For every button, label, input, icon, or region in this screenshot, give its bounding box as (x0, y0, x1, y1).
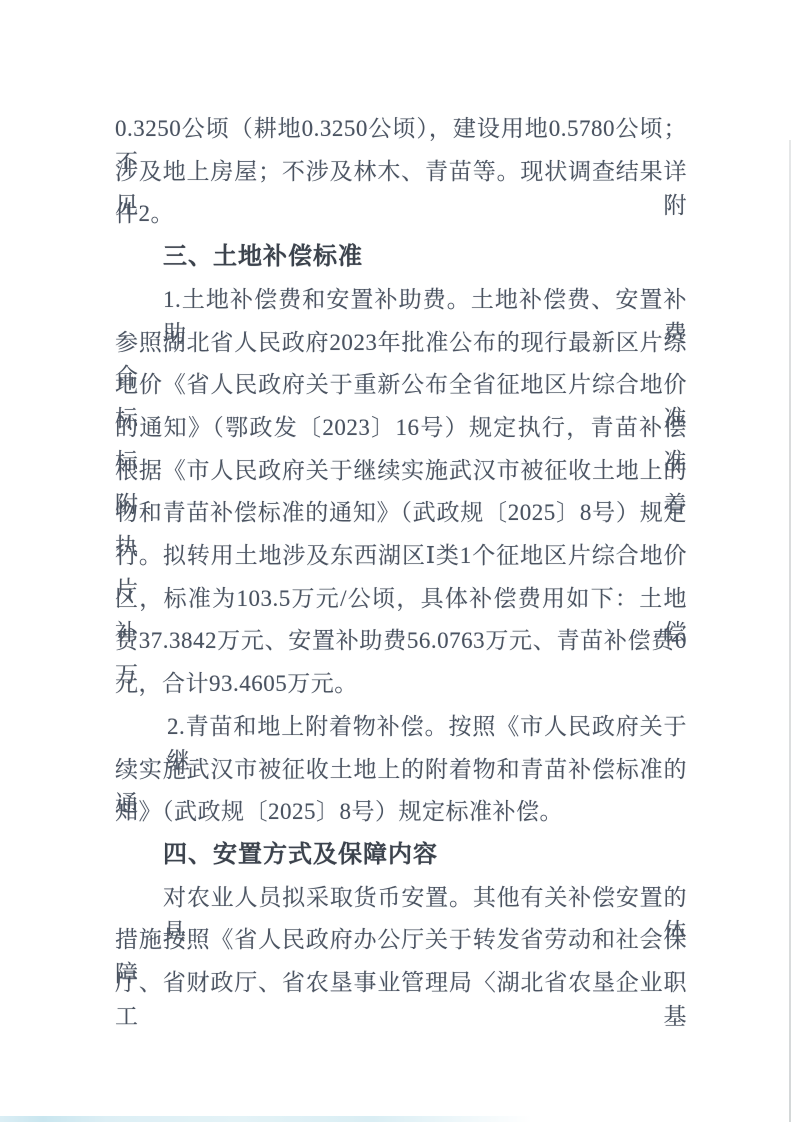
text-line: 续实施武汉市被征收土地上的附着物和青苗补偿标准的通 (115, 753, 687, 795)
text-line: 0.3250公顷（耕地0.3250公顷），建设用地0.5780公顷；不 (115, 112, 687, 154)
text-line: 2.青苗和地上附着物补偿。按照《市人民政府关于继 (167, 710, 687, 752)
text-line: 1.土地补偿费和安置补助费。土地补偿费、安置补助费 (163, 283, 687, 325)
section-heading: 三、土地补偿标准 (163, 240, 687, 282)
text-line: 区，标准为103.5万元/公顷，具体补偿费用如下：土地补偿 (115, 582, 687, 624)
text-line: 物和青苗补偿标准的通知》（武政规〔2025〕8号）规定执 (115, 496, 687, 538)
text-line: 厅、省财政厅、省农垦事业管理局〈湖北省农垦企业职工基 (115, 966, 687, 1008)
text-line: 地价《省人民政府关于重新公布全省征地区片综合地价标准 (115, 368, 687, 410)
document-text-layer: 0.3250公顷（耕地0.3250公顷），建设用地0.5780公顷；不涉及地上房… (0, 0, 794, 1122)
text-line: 措施按照《省人民政府办公厅关于转发省劳动和社会保障 (115, 923, 687, 965)
text-line: 涉及地上房屋；不涉及林木、青苗等。现状调查结果详见附 (115, 155, 687, 197)
text-line: 根据《市人民政府关于继续实施武汉市被征收土地上的附着 (115, 454, 687, 496)
document-page: 0.3250公顷（耕地0.3250公顷），建设用地0.5780公顷；不涉及地上房… (0, 0, 794, 1122)
text-line: 参照湖北省人民政府2023年批准公布的现行最新区片综合 (115, 326, 687, 368)
text-line: 的通知》（鄂政发〔2023〕16号）规定执行，青苗补偿标准 (115, 411, 687, 453)
section-heading: 四、安置方式及保障内容 (163, 838, 687, 880)
text-line: 元，合计93.4605万元。 (115, 667, 687, 709)
text-line: 费37.3842万元、安置补助费56.0763万元、青苗补偿费0万 (115, 624, 687, 666)
text-line: 行。拟转用土地涉及东西湖区Ⅰ类1个征地区片综合地价片 (115, 539, 687, 581)
text-line: 件2。 (115, 197, 687, 239)
scan-artifact-bottom-edge (0, 1116, 532, 1122)
text-line: 知》（武政规〔2025〕8号）规定标准补偿。 (115, 795, 687, 837)
text-line: 对农业人员拟采取货币安置。其他有关补偿安置的具体 (163, 881, 687, 923)
scan-artifact-right-edge (789, 140, 791, 1122)
